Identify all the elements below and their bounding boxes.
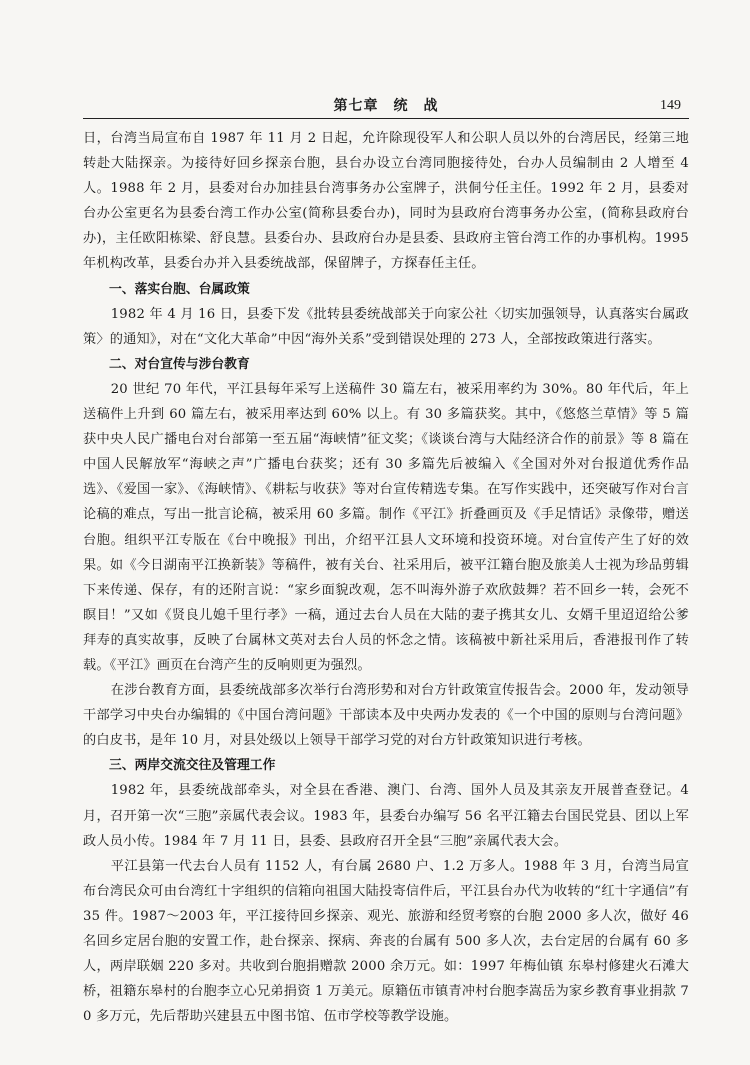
running-header: 第七章 统 战 149 — [83, 96, 689, 116]
section-heading-2: 二、对台宣传与涉台教育 — [83, 352, 689, 377]
section-heading-1: 一、落实台胞、台属政策 — [83, 277, 689, 302]
section-2-paragraph-1: 20 世纪 70 年代，平江县每年采写上送稿件 30 篇左右，被采用率约为 30… — [83, 377, 689, 678]
body-text: 日，台湾当局宣布自 1987 年 11 月 2 日起，允许除现役军人和公职人员以… — [83, 126, 689, 1029]
intro-paragraph: 日，台湾当局宣布自 1987 年 11 月 2 日起，允许除现役军人和公职人员以… — [83, 126, 689, 277]
section-heading-3: 三、两岸交流交往及管理工作 — [83, 753, 689, 778]
section-3-paragraph-2: 平江县第一代去台人员有 1152 人，有台属 2680 户、1.2 万多人。19… — [83, 854, 689, 1030]
section-2-paragraph-2: 在涉台教育方面，县委统战部多次举行台湾形势和对台方针政策宣传报告会。2000 年… — [83, 678, 689, 753]
header-rule — [83, 118, 689, 119]
chapter-title: 第七章 统 战 — [83, 96, 689, 116]
section-3-paragraph-1: 1982 年，县委统战部牵头，对全县在香港、澳门、台湾、国外人员及其亲友开展普查… — [83, 778, 689, 853]
page-number: 149 — [660, 96, 681, 116]
section-1-paragraph-1: 1982 年 4 月 16 日，县委下发《批转县委统战部关于向家公社〈切实加强领… — [83, 302, 689, 352]
